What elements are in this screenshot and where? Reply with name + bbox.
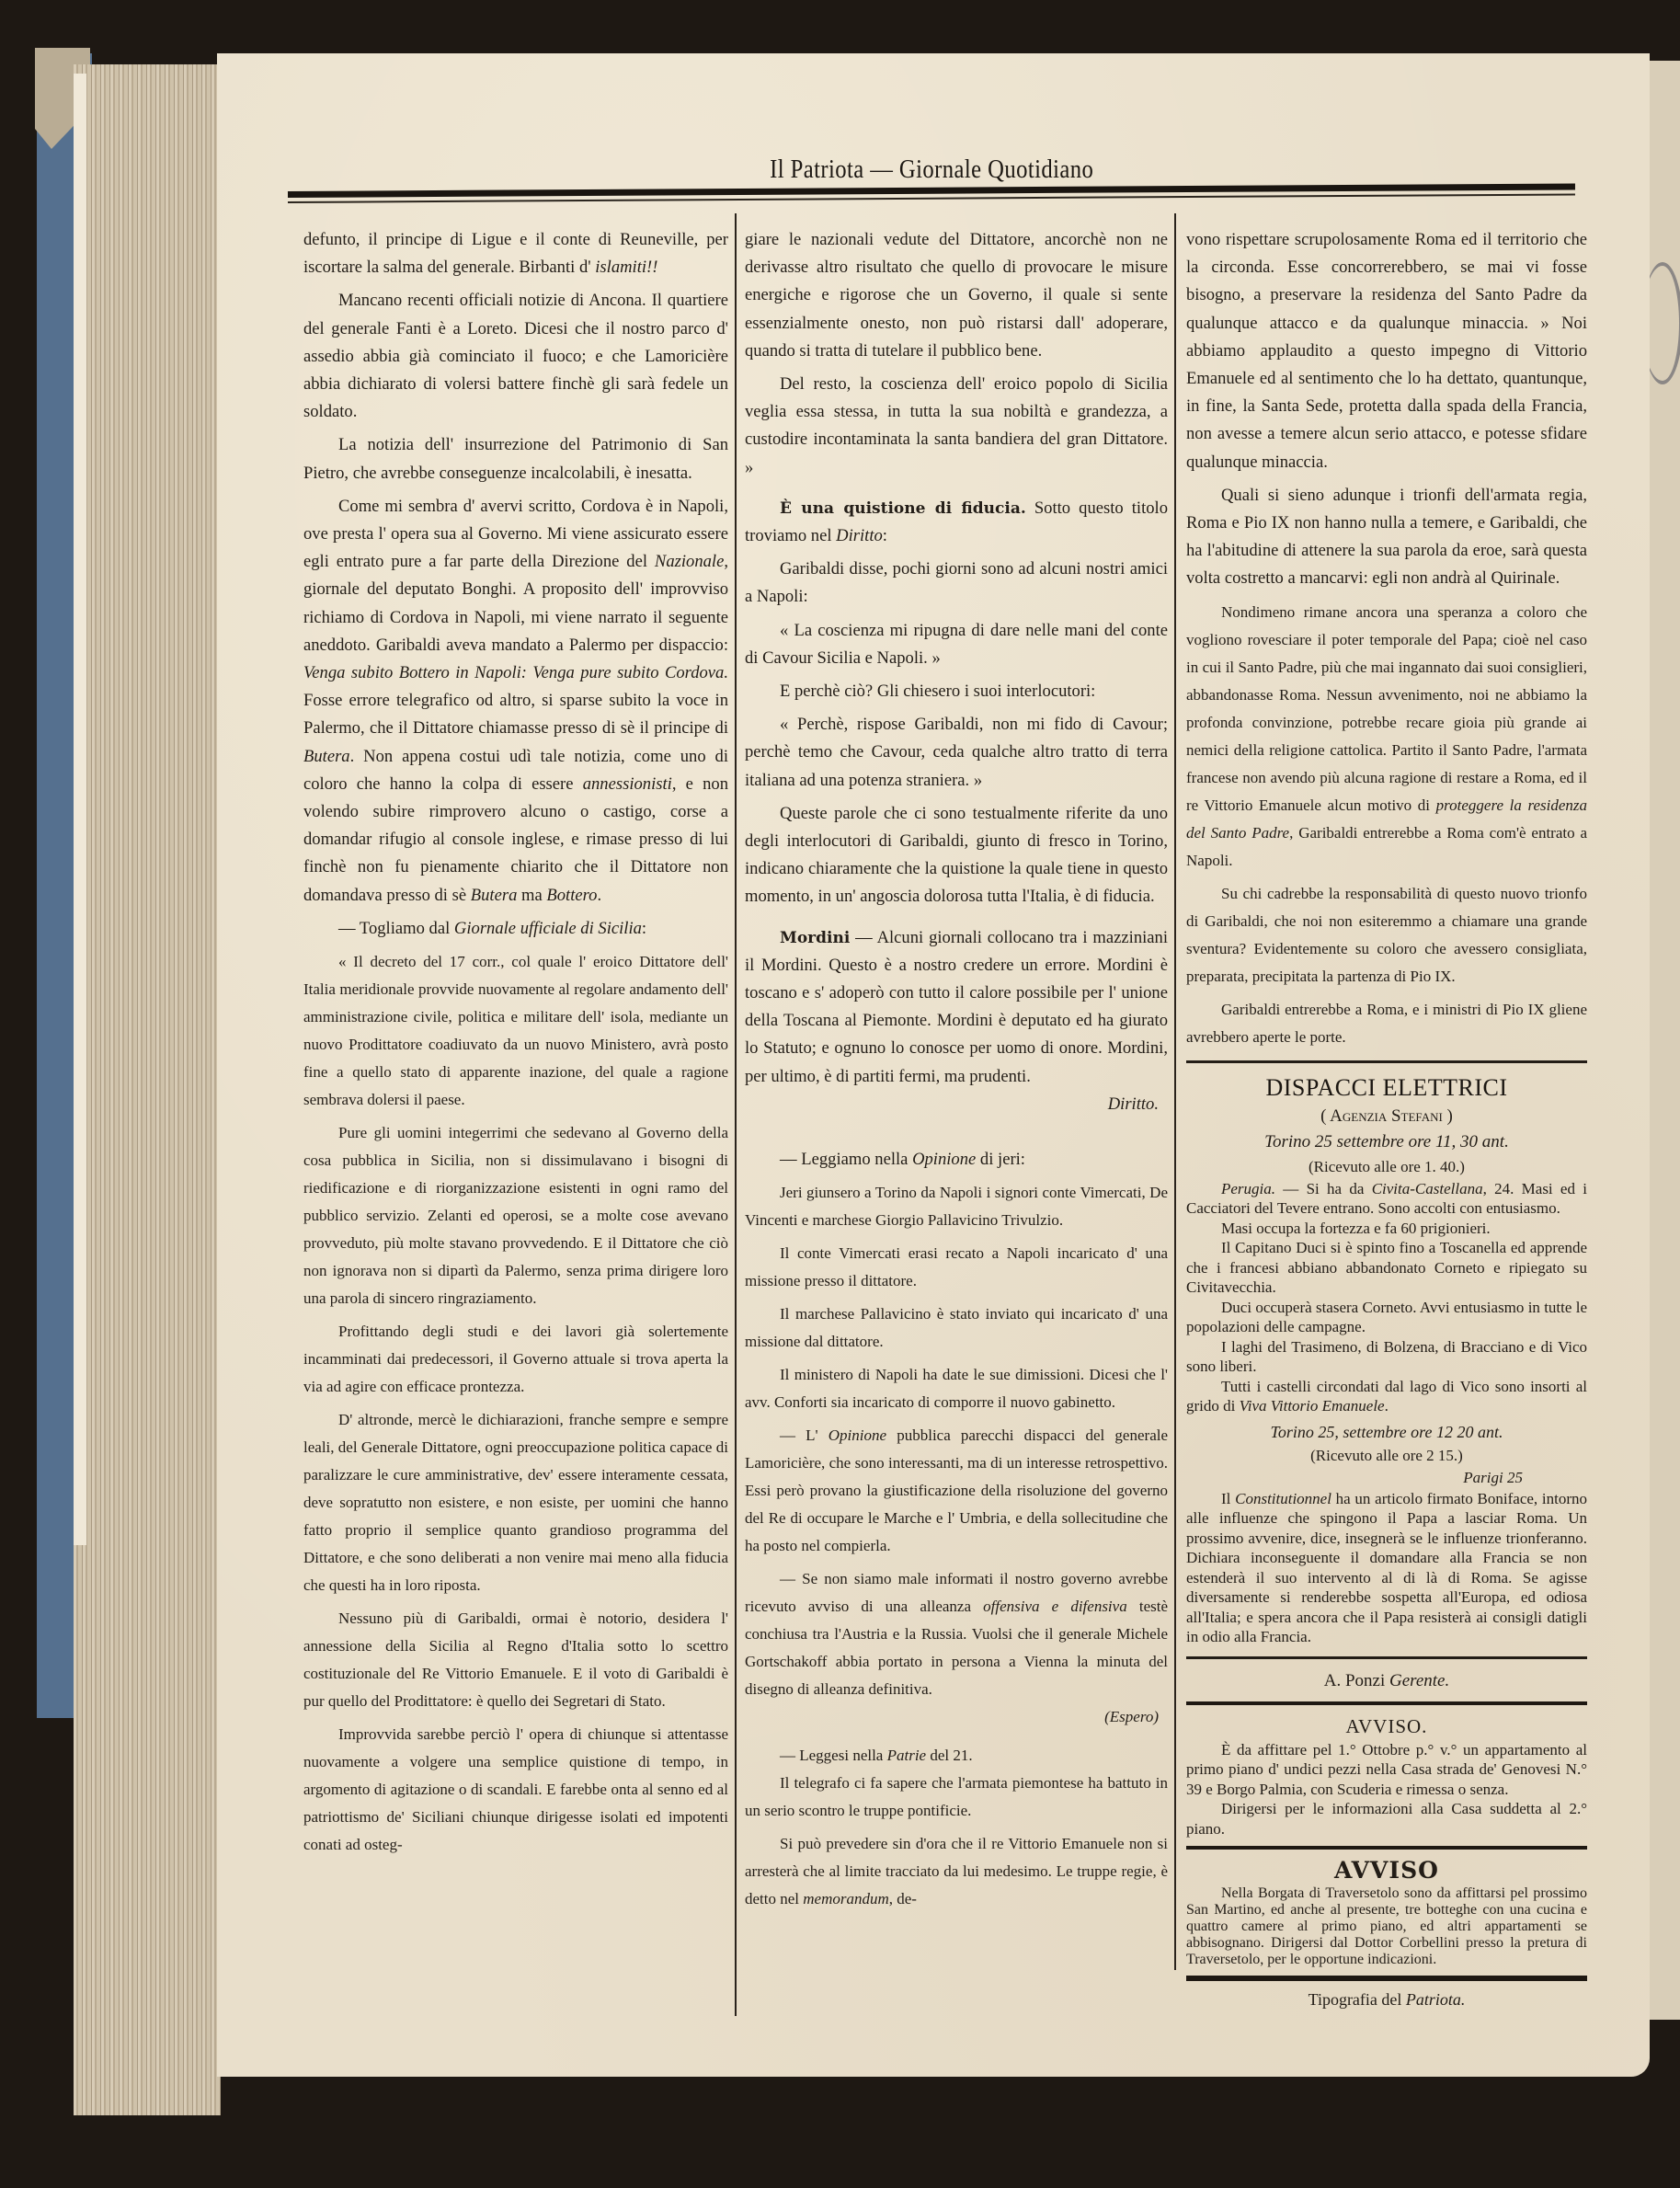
paragraph: Garibaldi disse, pochi giorni sono ad al… [745,556,1168,611]
quoted-paragraph: D' altronde, mercè le dichiarazioni, fra… [303,1406,728,1599]
paragraph: Su chi cadrebbe la responsabilità di que… [1186,880,1587,991]
quoted-paragraph: Pure gli uomini integerrimi che sedevano… [303,1119,728,1312]
quoted-paragraph: Improvvida sarebbe perciò l' opera di ch… [303,1721,728,1859]
paragraph: Il marchese Pallavicino è stato inviato … [745,1300,1168,1356]
paragraph: Il ministero di Napoli ha date le sue di… [745,1361,1168,1416]
paragraph: — Leggiamo nella Opinione di jeri: [745,1146,1168,1174]
paragraph: Si può prevedere sin d'ora che il re Vit… [745,1830,1168,1913]
paragraph: vono rispettare scrupolosamente Roma ed … [1186,226,1587,476]
paragraph: — Se non siamo male informati il nostro … [745,1565,1168,1703]
notice-title: AVVISO. [1186,1713,1587,1740]
paragraph: La notizia dell' insurrezione del Patrim… [303,431,728,487]
dispatch-paragraph: Il Constitutionnel ha un articolo firmat… [1186,1489,1587,1647]
paragraph: E perchè ciò? Gli chiesero i suoi interl… [745,678,1168,705]
dispatch-received: (Ricevuto alle ore 1. 40.) [1186,1155,1587,1179]
column-2: giare le nazionali vedute del Dittatore,… [745,226,1168,1913]
dispatches-agency: ( Agenzia Stefani ) [1186,1104,1587,1129]
paragraph: Mancano recenti officiali notizie di Anc… [303,287,728,426]
quoted-paragraph: Profittando degli studi e dei lavori già… [303,1318,728,1401]
dispatch-dateline: Torino 25 settembre ore 11, 30 ant. [1186,1129,1587,1155]
quoted-paragraph: « Il decreto del 17 corr., col quale l' … [303,948,728,1114]
source-credit: Diritto. [745,1091,1168,1118]
notice-paragraph: Nella Borgata di Traversetolo sono da af… [1186,1885,1587,1968]
dispatch-place: Parigi 25 [1186,1467,1587,1489]
article-fiducia: È una quistione di fiducia. Sotto questo… [745,495,1168,550]
dispatch-paragraph: Duci occuperà stasera Corneto. Avvi entu… [1186,1298,1587,1337]
manager-signature: A. Ponzi Gerente. [1186,1668,1587,1694]
paragraph: Garibaldi entrerebbe a Roma, e i ministr… [1186,996,1587,1051]
notice-title: AVVISO [1186,1857,1587,1884]
paragraph: Jeri giunsero a Torino da Napoli i signo… [745,1179,1168,1234]
paragraph: — Leggesi nella Patrie del 21. [745,1742,1168,1770]
notice-traversetolo: AVVISO Nella Borgata di Traversetolo son… [1186,1857,1587,1967]
notice-paragraph: È da affittare pel 1.° Ottobre p.° v.° u… [1186,1740,1587,1800]
notice-apartment: AVVISO. È da affittare pel 1.° Ottobre p… [1186,1713,1587,1839]
section-divider [1186,1701,1587,1705]
dispatch-paragraph: I laghi del Trasimeno, di Bolzena, di Br… [1186,1337,1587,1377]
column-divider-2 [1174,213,1176,1970]
column-divider-1 [735,213,737,2016]
source-credit: (Espero) [745,1703,1168,1731]
dispatches-section: DISPACCI ELETTRICI ( Agenzia Stefani ) T… [1186,1072,1587,1647]
dispatch-paragraph: Tutti i castelli circondati dal lago di … [1186,1377,1587,1416]
notice-paragraph: Dirigersi per le informazioni alla Casa … [1186,1799,1587,1839]
paragraph: Come mi sembra d' avervi scritto, Cordov… [303,493,728,910]
dispatches-title: DISPACCI ELETTRICI [1186,1072,1587,1104]
article-heading: È una quistione di fiducia. [780,499,1026,518]
dispatch-paragraph: Perugia. — Si ha da Civita-Castellana, 2… [1186,1179,1587,1219]
printer-imprint: Tipografia del Patriota. [1186,1988,1587,2010]
page-stack-edge [74,64,221,2115]
paragraph: « La coscienza mi ripugna di dare nelle … [745,617,1168,672]
paragraph: Del resto, la coscienza dell' eroico pop… [745,371,1168,482]
masthead: Il Patriota — Giornale Quotidiano [288,155,1575,185]
page-stack-highlight [74,74,86,1545]
article-heading: Mordini [780,929,850,947]
dispatch-paragraph: Masi occupa la fortezza e fa 60 prigioni… [1186,1219,1587,1239]
paragraph: « Perchè, rispose Garibaldi, non mi fido… [745,711,1168,795]
paragraph: — L' Opinione pubblica parecchi dispacci… [745,1422,1168,1560]
section-divider [1186,1976,1587,1981]
masthead-title: Il Patriota — Giornale Quotidiano [770,155,1093,185]
paragraph: Nondimeno rimane ancora una speranza a c… [1186,599,1587,875]
paragraph: Quali si sieno adunque i trionfi dell'ar… [1186,482,1587,593]
section-divider [1186,1846,1587,1850]
column-3: vono rispettare scrupolosamente Roma ed … [1186,226,1587,2010]
dispatch-dateline: Torino 25, settembre ore 12 20 ant. [1186,1420,1587,1445]
paragraph: Il telegrafo ci fa sapere che l'armata p… [745,1770,1168,1825]
paragraph: Queste parole che ci sono testualmente r… [745,800,1168,911]
quoted-paragraph: Nessuno più di Garibaldi, ormai è notori… [303,1605,728,1715]
paragraph: defunto, il principe di Ligue e il conte… [303,226,728,281]
dispatch-received: (Ricevuto alle ore 2 15.) [1186,1445,1587,1467]
paragraph: Il conte Vimercati erasi recato a Napoli… [745,1240,1168,1295]
paragraph: — Togliamo dal Giornale ufficiale di Sic… [303,915,728,943]
column-1: defunto, il principe di Ligue e il conte… [303,226,728,1859]
paragraph: giare le nazionali vedute del Dittatore,… [745,226,1168,365]
dispatch-paragraph: Il Capitano Duci si è spinto fino a Tosc… [1186,1238,1587,1298]
section-divider [1186,1060,1587,1063]
article-mordini: Mordini — Alcuni giornali collocano tra … [745,924,1168,1091]
section-divider [1186,1656,1587,1659]
